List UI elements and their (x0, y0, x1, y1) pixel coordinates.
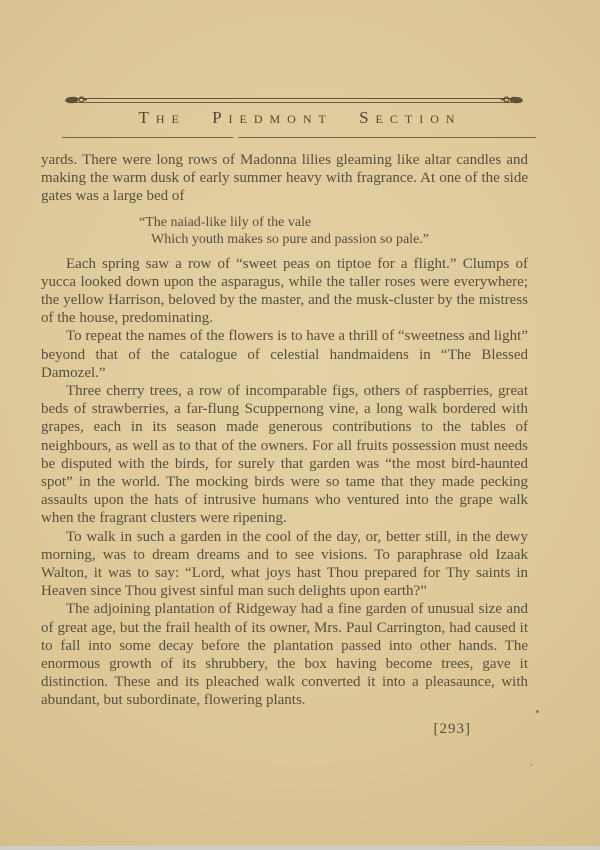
title-underline (238, 137, 536, 138)
scroll-flourish-icon (64, 94, 88, 105)
verse-quote: “The naiad-like lily of the vale Which y… (139, 214, 528, 248)
paragraph-1: yards. There were long rows of Madonna l… (41, 151, 528, 206)
book-page-scan: The Piedmont Section yards. There were l… (0, 0, 600, 850)
paragraph-4: Three cherry trees, a row of incomparabl… (41, 382, 528, 528)
page-number: [293] (41, 720, 528, 738)
paragraph-6: The adjoining plantation of Ridgeway had… (41, 600, 528, 709)
title-underline (62, 137, 233, 138)
paragraph-3: To repeat the names of the flowers is to… (41, 327, 528, 382)
double-rule-line (72, 98, 516, 103)
ink-speck (536, 710, 539, 713)
paragraph-5: To walk in such a garden in the cool of … (41, 528, 528, 601)
body-text: yards. There were long rows of Madonna l… (41, 151, 528, 738)
scroll-flourish-icon (500, 94, 524, 105)
verse-line: Which youth makes so pure and passion so… (151, 231, 528, 248)
scan-edge (0, 846, 600, 850)
paragraph-2: Each spring saw a row of “sweet peas on … (41, 255, 528, 328)
ink-speck (530, 764, 532, 766)
page-header-title: The Piedmont Section (0, 108, 600, 128)
verse-line: “The naiad-like lily of the vale (139, 214, 528, 231)
ornamental-rule (66, 98, 522, 103)
